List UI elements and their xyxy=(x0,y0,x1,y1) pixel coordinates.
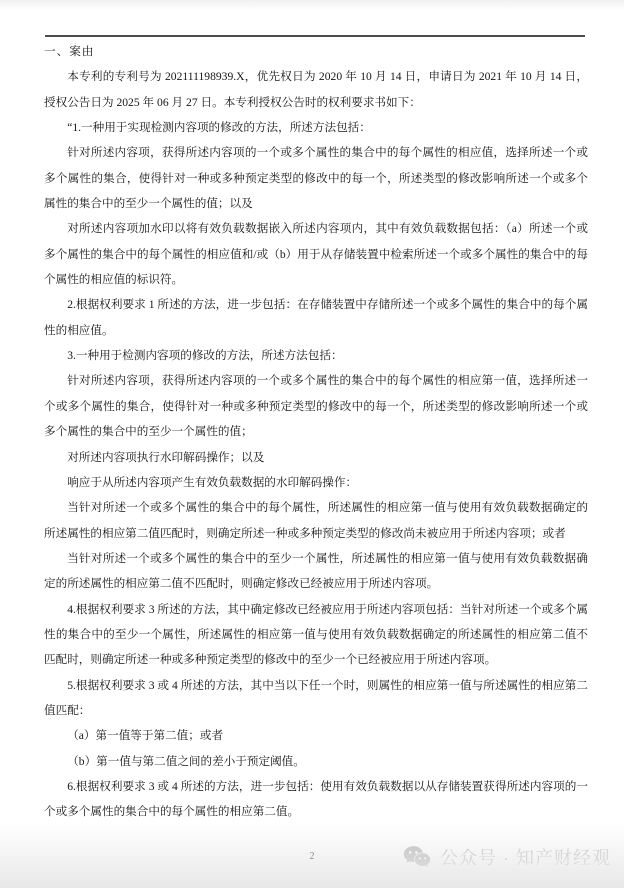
paragraph: 对所述内容项加水印以将有效负载数据嵌入所述内容项内，其中有效负载数据包括：（a）… xyxy=(44,216,588,292)
watermark: 公众号 · 知产财经观 xyxy=(403,844,611,870)
paragraph: 对所述内容项执行水印解码操作；以及 xyxy=(44,445,588,470)
paragraph: （b）第一值与第二值之间的差小于预定阈值。 xyxy=(44,749,588,774)
paragraph: 针对所述内容项，获得所述内容项的一个或多个属性的集合中的每个属性的相应值，选择所… xyxy=(44,140,588,216)
claims-text: 本专利的专利号为 202111198939.X，优先权日为 2020 年 10 … xyxy=(44,64,588,824)
paragraph: 响应于从所述内容项产生有效负载数据的水印解码操作： xyxy=(44,470,588,495)
paragraph: 2.根据权利要求 1 所述的方法，进一步包括：在存储装置中存储所述一个或多个属性… xyxy=(44,292,588,343)
document-body: 一、案由 本专利的专利号为 202111198939.X，优先权日为 2020 … xyxy=(44,39,588,825)
paragraph: （a）第一值等于第二值；或者 xyxy=(44,723,588,748)
document-page: 一、案由 本专利的专利号为 202111198939.X，优先权日为 2020 … xyxy=(0,0,624,888)
paragraph: 当针对所述一个或多个属性的集合中的每个属性，所述属性的相应第一值与使用有效负载数… xyxy=(44,495,588,546)
paragraph: 4.根据权利要求 3 所述的方法，其中确定修改已经被应用于所述内容项包括：当针对… xyxy=(44,597,588,673)
paragraph: 6.根据权利要求 3 或 4 所述的方法，进一步包括：使用有效负载数据以从存储装… xyxy=(44,774,588,825)
header-divider-rule xyxy=(45,35,585,37)
section-heading: 一、案由 xyxy=(44,39,588,64)
paragraph: 当针对所述一个或多个属性的集合中的至少一个属性，所述属性的相应第一值与使用有效负… xyxy=(44,546,588,597)
paragraph: 本专利的专利号为 202111198939.X，优先权日为 2020 年 10 … xyxy=(44,64,588,115)
paragraph: “1.一种用于实现检测内容项的修改的方法，所述方法包括： xyxy=(44,115,588,140)
page-top-edge-shadow xyxy=(0,0,624,10)
watermark-label: 公众号 · 知产财经观 xyxy=(440,844,611,870)
paragraph: 针对所述内容项，获得所述内容项的一个或多个属性的集合中的每个属性的相应第一值，选… xyxy=(44,368,588,444)
wechat-icon xyxy=(403,845,431,869)
paragraph: 5.根据权利要求 3 或 4 所述的方法，其中当以下任一个时，则属性的相应第一值… xyxy=(44,673,588,724)
paragraph: 3.一种用于检测内容项的修改的方法，所述方法包括： xyxy=(44,343,588,368)
